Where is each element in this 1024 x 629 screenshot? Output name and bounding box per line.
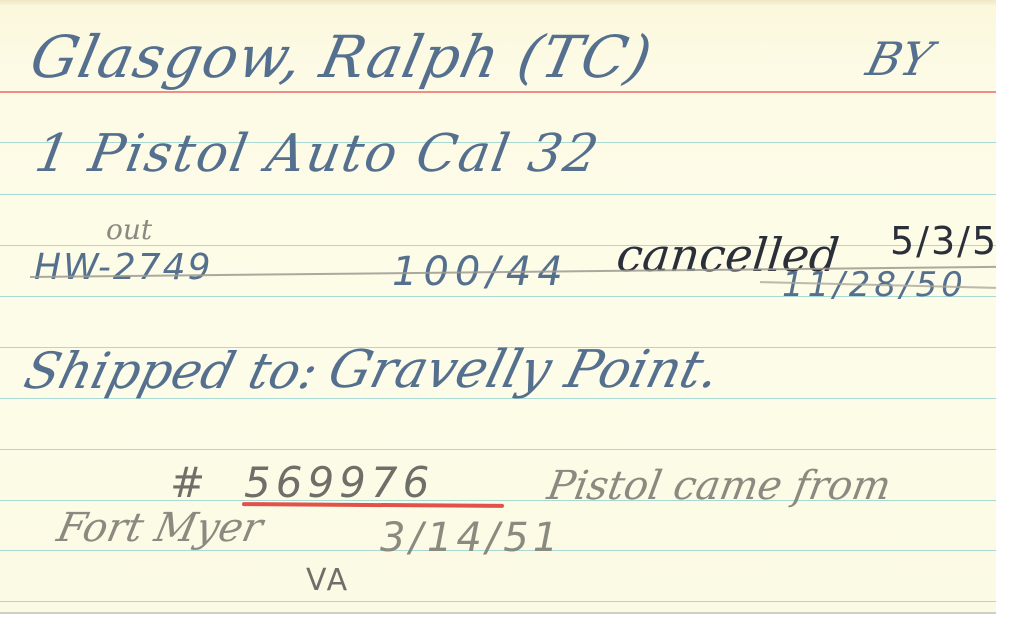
out-annotation: out xyxy=(106,216,152,244)
origin-state: VA xyxy=(306,566,349,596)
ruled-line xyxy=(0,449,996,450)
header-rule xyxy=(0,91,996,93)
ruled-line xyxy=(0,194,996,195)
person-name: Glasgow, Ralph (TC) xyxy=(26,28,658,86)
serial-red-underline xyxy=(242,502,504,508)
clerk-initials: BY xyxy=(862,36,937,82)
serial-hash-mark: # xyxy=(170,462,205,504)
origin-note: Pistol came from xyxy=(544,466,893,506)
index-card: Glasgow, Ralph (TC) BY 1 Pistol Auto Cal… xyxy=(0,0,996,614)
cancelled-date: 5/3/51 xyxy=(890,222,996,260)
ruled-line xyxy=(0,601,996,602)
shipped-destination: Gravelly Point. xyxy=(324,344,725,396)
card-bottom-edge xyxy=(0,612,996,614)
card-top-edge xyxy=(0,0,996,6)
origin-date: 3/14/51 xyxy=(380,518,562,558)
shipped-to-label: Shipped to: xyxy=(20,346,323,396)
serial-number: 569976 xyxy=(244,462,434,504)
struck-reference-number: HW-2749 xyxy=(34,250,212,286)
origin-place: Fort Myer xyxy=(54,508,266,548)
item-description: 1 Pistol Auto Cal 32 xyxy=(31,128,603,180)
